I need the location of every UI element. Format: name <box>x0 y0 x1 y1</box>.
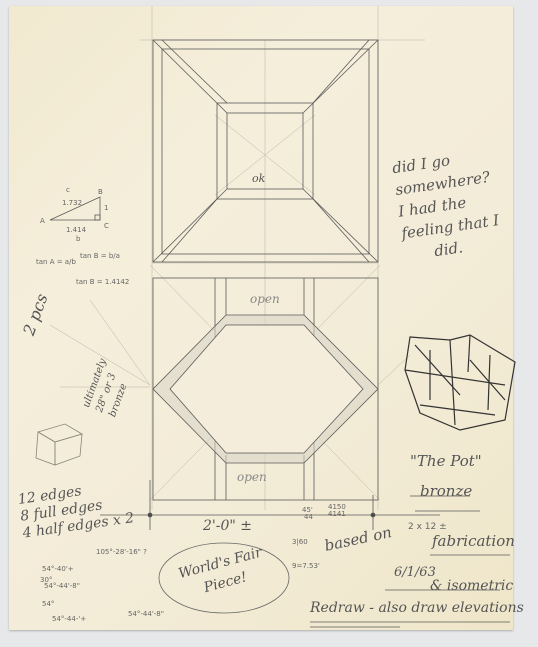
tri-A: A <box>40 217 45 225</box>
angle-6: 54°-44-'+ <box>52 615 86 623</box>
dimension-2ft: 2'-0" ± <box>203 518 252 534</box>
calc-2: 44 <box>304 513 313 521</box>
note-2x12: 2 x 12 ± <box>408 522 447 532</box>
tri-b: b <box>76 235 80 243</box>
note-fabrication: fabrication <box>432 532 515 550</box>
note-open-bottom: open <box>237 470 267 484</box>
angle-7: 54°-44'-8" <box>128 610 164 618</box>
tri-a: 1 <box>104 204 108 212</box>
note-the-pot: "The Pot" <box>410 452 482 470</box>
note-redraw: Redraw - also draw elevations <box>310 600 524 616</box>
calc-6: 3|60 <box>292 538 308 546</box>
note-did-i-go: did I go somewhere? I had the feeling th… <box>391 144 504 267</box>
angle-4: 54°-44'-8" <box>44 582 80 590</box>
note-ok: ok <box>252 172 265 185</box>
note-isometric: & isometric <box>430 578 513 594</box>
tri-C: C <box>104 222 109 230</box>
tri-base: 1.414 <box>66 226 86 234</box>
tanB-val: tan B = 1.4142 <box>76 278 129 286</box>
angle-2: 54°-40'+ <box>42 565 74 573</box>
note-bronze: bronze <box>420 482 472 500</box>
note-open-top: open <box>250 292 280 306</box>
angle-5: 54° <box>42 600 54 608</box>
tri-c: c <box>66 186 70 194</box>
tanA: tan A = a/b <box>36 258 76 266</box>
calc-7: 9=7.53' <box>292 562 320 570</box>
tri-B: B <box>98 188 103 196</box>
tri-hyp: 1.732 <box>62 199 82 207</box>
tanB: tan B = b/a <box>80 252 120 260</box>
calc-4: 4141 <box>328 510 346 518</box>
angle-1: 105°-28'-16" ? <box>96 548 147 556</box>
